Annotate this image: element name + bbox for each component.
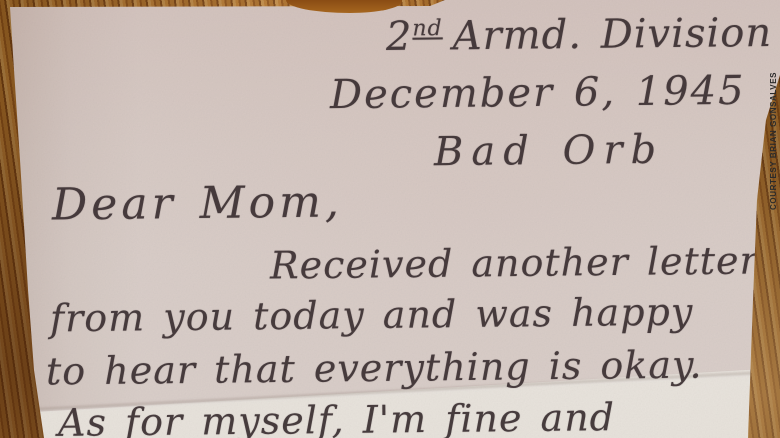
letter-paper: 2ndArmd. Division December 6, 1945 Bad O…: [0, 0, 780, 438]
unit-name: Armd. Division: [452, 10, 772, 59]
letter-body-line: from you today and was happy: [50, 290, 694, 341]
letter-body-line: As for myself, I'm fine and: [58, 395, 615, 438]
letter-line-place: Bad Orb: [434, 127, 665, 175]
letter-line-unit: 2ndArmd. Division: [386, 10, 773, 60]
letter-line-date: December 6, 1945: [330, 68, 746, 118]
unit-ordinal: nd: [412, 16, 443, 41]
letter-salutation: Dear Mom,: [52, 176, 343, 230]
unit-number: 2: [386, 14, 413, 60]
letter-body-line: Received another letter: [270, 238, 759, 287]
photo-credit: COURTESY BRIAN GONSALVES: [769, 2, 778, 210]
letter-body-line: to hear that everything is okay.: [46, 343, 703, 394]
letter-photo: 2ndArmd. Division December 6, 1945 Bad O…: [0, 0, 780, 438]
